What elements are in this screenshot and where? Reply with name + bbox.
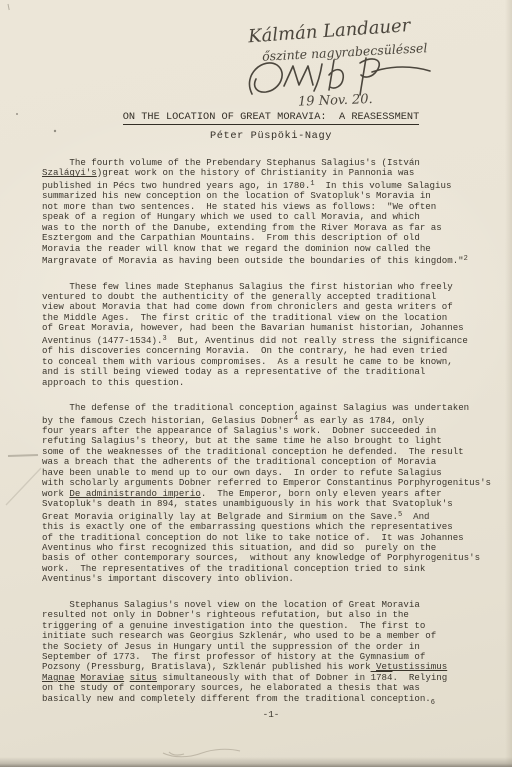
crease-line bbox=[6, 468, 41, 505]
text-line: Svatopluk's death in 894, states unambig… bbox=[42, 499, 504, 509]
text-line: Szalágyi's)great work on the history of … bbox=[42, 168, 504, 178]
paper-speck bbox=[16, 113, 18, 115]
text-line: approach to this question. bbox=[42, 378, 504, 388]
text-line: of Great Moravia, however, had been the … bbox=[42, 323, 504, 333]
scan-edge-bottom bbox=[0, 757, 512, 767]
page-number: -1- bbox=[42, 709, 500, 720]
signature-flourish bbox=[249, 58, 430, 95]
scan-edge-right bbox=[505, 0, 512, 767]
paragraph: These few lines made Stephanus Salagius … bbox=[42, 282, 504, 389]
text-line: Margravate of Moravia as having been out… bbox=[42, 254, 504, 266]
text-line: The defense of the traditional conceptio… bbox=[42, 403, 504, 413]
scanned-page: Kálmán Landauer őszinte nagyrabecsülésse… bbox=[0, 0, 512, 767]
paper-speck bbox=[8, 4, 9, 10]
paragraph: The defense of the traditional conceptio… bbox=[42, 403, 504, 585]
paragraph: Stephanus Salagius's novel view on the l… bbox=[42, 600, 504, 709]
page-title: ON THE LOCATION OF GREAT MORAVIA: A REAS… bbox=[123, 111, 420, 125]
text-line: basically new and completely different f… bbox=[42, 694, 504, 708]
author-name: Péter Püspöki-Nagy bbox=[42, 130, 500, 142]
text-line: Moravia the reader will know that we reg… bbox=[42, 244, 504, 254]
handwritten-inscription: Kálmán Landauer őszinte nagyrabecsülésse… bbox=[214, 2, 512, 110]
text-line: Aventinus's important discovery into obl… bbox=[42, 574, 504, 584]
paragraph: The fourth volume of the Prebendary Step… bbox=[42, 158, 504, 267]
title-block: ON THE LOCATION OF GREAT MORAVIA: A REAS… bbox=[42, 106, 500, 142]
pencil-dash bbox=[8, 455, 38, 456]
pencil-swirl bbox=[163, 749, 240, 756]
document-body: The fourth volume of the Prebendary Step… bbox=[42, 158, 504, 708]
